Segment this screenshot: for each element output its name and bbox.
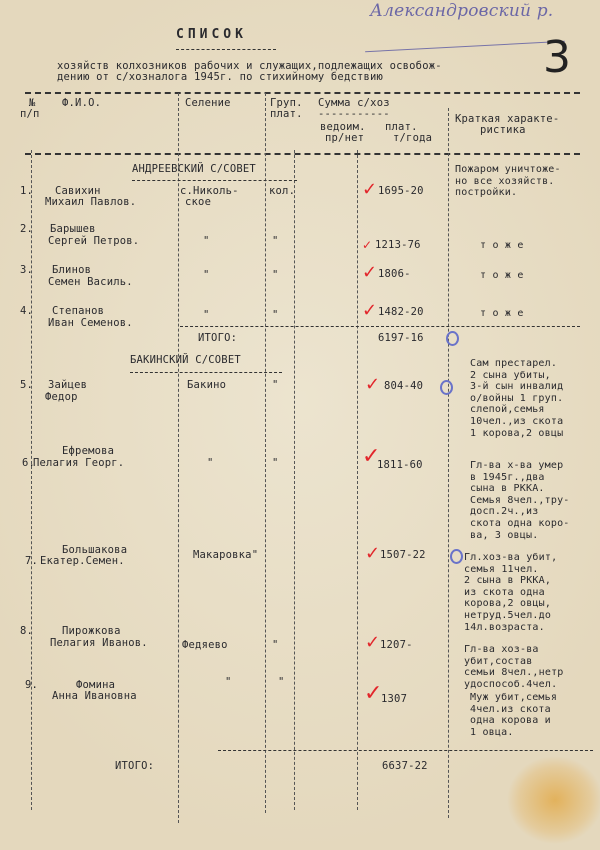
row-sum: 804-40 xyxy=(384,381,423,392)
row-group: " xyxy=(272,236,279,247)
section-total-label: ИТОГО: xyxy=(198,333,237,344)
page-number: 3 xyxy=(543,36,571,80)
row-village: Бакино xyxy=(187,380,226,391)
row-desc: Пожаром уничтоже- но все хозяйств. постр… xyxy=(455,164,561,199)
pencil-circle-mark xyxy=(446,331,459,346)
section-title-bakinsky: БАКИНСКИЙ С/СОВЕТ xyxy=(130,355,241,366)
title-underline xyxy=(176,49,276,50)
row-name-surname: Ефремова xyxy=(62,446,114,457)
row-desc: т о ж е xyxy=(480,270,524,282)
row-num: 7. xyxy=(25,556,38,567)
document-title: СПИСОК xyxy=(176,29,247,40)
row-num: 5. xyxy=(20,380,33,391)
header-num-sub: п/п xyxy=(20,109,40,120)
row-group: " xyxy=(272,270,279,281)
header-sum-dashes: ----------- xyxy=(318,109,390,120)
row-num: 3. xyxy=(20,265,33,276)
header-village: Селение xyxy=(185,98,231,109)
section-total-value: 6197-16 xyxy=(378,333,424,344)
row-name-given: Иван Семенов. xyxy=(48,318,133,329)
row-name-surname: Зайцев xyxy=(48,380,87,391)
row-sum: 1695-20 xyxy=(378,186,424,197)
row-village: " xyxy=(203,270,210,281)
red-check-icon: ✓ xyxy=(362,264,377,282)
col-rule-desc xyxy=(448,108,449,818)
section-underline xyxy=(132,180,297,181)
header-group-sub: плат. xyxy=(270,109,303,120)
row-name-given: Пелагия Иванов. xyxy=(50,638,148,649)
pencil-circle-mark xyxy=(450,549,463,564)
col-rule-fio xyxy=(178,93,179,823)
row-num: 8. xyxy=(20,626,33,637)
row-desc: Гл.хоз-ва убит, семья 11чел. 2 сына в РК… xyxy=(464,552,557,633)
row-desc: т о ж е xyxy=(480,240,524,252)
section-total-value: 6637-22 xyxy=(382,761,428,772)
row-group: " xyxy=(278,677,285,688)
section-total-rule xyxy=(218,750,593,751)
row-desc: Гл-ва х-ва умер в 1945г.,два сына в РККА… xyxy=(470,460,570,541)
row-name-surname: Блинов xyxy=(52,265,91,276)
row-village: " xyxy=(207,458,214,469)
row-village: " xyxy=(203,236,210,247)
pencil-circle-mark xyxy=(440,380,453,395)
section-title-andreevsky: АНДРЕЕВСКИЙ С/СОВЕТ xyxy=(132,164,256,175)
row-name-given: Пелагия Георг. xyxy=(33,458,124,469)
table-header-bottom-rule xyxy=(25,153,580,155)
row-sum: 1213-76 xyxy=(375,240,421,251)
row-group: " xyxy=(272,380,279,391)
row-name-given: Анна Ивановна xyxy=(52,691,137,702)
red-check-icon: ✓ xyxy=(365,376,380,394)
row-num: 9. xyxy=(25,680,38,691)
col-rule-village xyxy=(265,93,266,813)
row-group: " xyxy=(272,640,279,651)
row-name-given: Екатер.Семен. xyxy=(40,556,125,567)
row-group: " xyxy=(272,458,279,469)
red-check-icon: ✓ xyxy=(362,302,377,320)
header-characteristic-sub: ристика xyxy=(480,125,526,136)
header-fio: Ф.И.О. xyxy=(62,98,101,109)
row-num: 1. xyxy=(20,186,33,197)
row-sum: 1806- xyxy=(378,269,411,280)
row-group: " xyxy=(272,310,279,321)
section-total-label: ИТОГО: xyxy=(115,761,154,772)
row-num: 4. xyxy=(20,306,33,317)
red-check-icon: ✓ xyxy=(362,236,372,254)
row-name-surname: Степанов xyxy=(52,306,104,317)
row-sum: 1507-22 xyxy=(380,550,426,561)
row-name-given: Семен Василь. xyxy=(48,277,133,288)
red-check-icon: ✓ xyxy=(365,545,380,563)
col-rule-sum xyxy=(357,150,358,810)
row-desc: Сам престарел. 2 сына убиты, 3-й сын инв… xyxy=(470,358,563,439)
red-check-icon: ✓ xyxy=(364,685,382,703)
red-check-icon: ✓ xyxy=(362,181,377,199)
document-subtitle-line2: дению от с/хозналога 1945г. по стихийном… xyxy=(57,72,383,83)
row-group: кол. xyxy=(269,186,295,197)
row-village: " xyxy=(225,677,232,688)
row-village-2: ское xyxy=(185,197,211,208)
row-sum: 1207- xyxy=(380,640,413,651)
row-name-given: Михаил Павлов. xyxy=(45,197,136,208)
row-name-given: Федор xyxy=(45,392,78,403)
col-rule-group xyxy=(294,150,295,810)
row-sum: 1482-20 xyxy=(378,307,424,318)
row-name-surname: Пирожкова xyxy=(62,626,121,637)
row-village: Макаровка" xyxy=(193,550,258,561)
header-subcol2-sub: т/года xyxy=(393,133,432,144)
row-num: 2. xyxy=(20,224,33,235)
row-desc: Гл-ва хоз-ва убит,состав семьи 8чел.,нет… xyxy=(464,644,564,690)
row-village: " xyxy=(203,310,210,321)
row-sum: 1307 xyxy=(381,694,407,705)
header-subcol1-sub: пр/нет xyxy=(325,133,364,144)
red-check-icon: ✓ xyxy=(365,634,380,652)
handwritten-region-note: Александровский р. xyxy=(370,6,553,17)
row-desc: т о ж е xyxy=(480,308,524,320)
row-name-given: Сергей Петров. xyxy=(48,236,139,247)
table-top-rule xyxy=(25,92,580,94)
col-rule-num xyxy=(31,150,32,810)
section-total-rule xyxy=(180,326,580,327)
section-underline xyxy=(130,372,282,373)
row-name-surname: Барышев xyxy=(50,224,96,235)
row-desc: Муж убит,семья 4чел.из скота одна корова… xyxy=(470,692,557,738)
row-village: Федяево xyxy=(182,640,228,651)
row-sum: 1811-60 xyxy=(377,460,423,471)
